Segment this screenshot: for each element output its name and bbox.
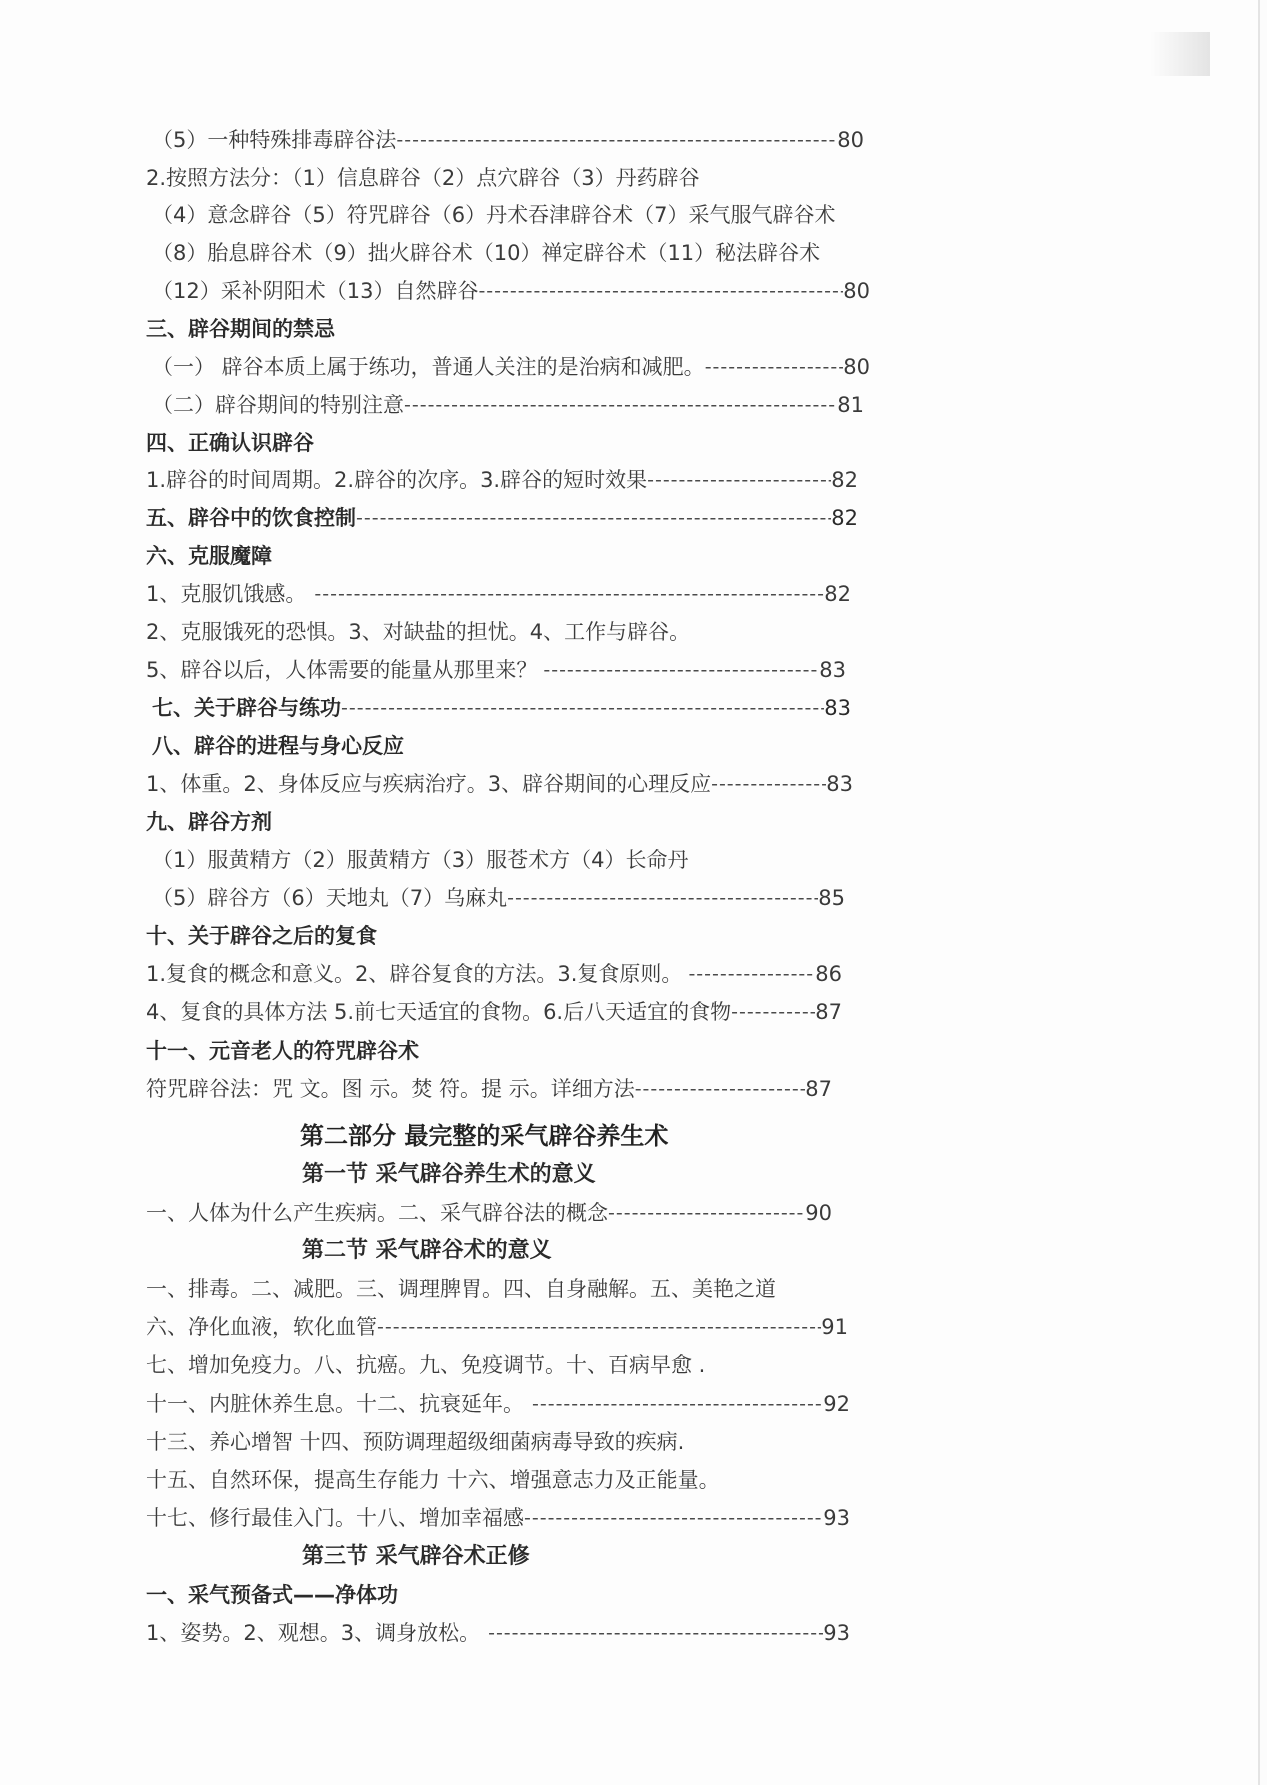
toc-entry: （8）胎息辟谷术（9）拙火辟谷术（10）禅定辟谷术（11）秘法辟谷术 (152, 236, 820, 270)
dot-leader: ----------------------------------------… (377, 1310, 821, 1344)
toc-entry: 十五、自然环保，提高生存能力 十六、增强意志力及正能量。 (146, 1463, 720, 1497)
toc-entry-text: 七、关于辟谷与练功 (152, 691, 341, 725)
toc-entry-text: 1.复食的概念和意义。2、辟谷复食的方法。3.复食原则。 (146, 957, 682, 991)
dot-leader: ----------------------------------------… (705, 350, 844, 384)
toc-entry-text: （8）胎息辟谷术（9）拙火辟谷术（10）禅定辟谷术（11）秘法辟谷术 (152, 236, 820, 270)
toc-entry-text: 2、克服饿死的恐惧。3、对缺盐的担忧。4、工作与辟谷。 (146, 615, 690, 649)
page-number: 80 (843, 274, 870, 308)
page-number: 87 (815, 995, 842, 1029)
toc-entry: 符咒辟谷法：咒 文。图 示。焚 符。提 示。详细方法 -------------… (146, 1072, 832, 1106)
toc-entry-text: 六、克服魔障 (146, 539, 272, 573)
toc-entry-text: 十、关于辟谷之后的复食 (146, 919, 377, 953)
toc-entry-text: （5）辟谷方（6）天地丸（7）乌麻丸 (152, 881, 507, 915)
toc-entry: 十三、养心增智 十四、预防调理超级细菌病毒导致的疾病. (146, 1425, 684, 1459)
dot-leader: ----------------------------------------… (404, 388, 837, 422)
toc-entry-text: 十七、修行最佳入门。十八、增加幸福感 (146, 1501, 524, 1535)
page-number: 83 (826, 767, 853, 801)
toc-entry: 4、复食的具体方法 5.前七天适宜的食物。6.后八天适宜的食物 --------… (146, 995, 842, 1029)
toc-entry: （5）辟谷方（6）天地丸（7）乌麻丸 ---------------------… (152, 881, 845, 915)
toc-entry: （二）辟谷期间的特别注意 ---------------------------… (152, 388, 864, 422)
section-heading: 六、克服魔障 (146, 539, 272, 573)
page-number: 91 (821, 1310, 848, 1344)
toc-entry: 5、辟谷以后，人体需要的能量从那里来？ --------------------… (146, 653, 846, 687)
toc-entry: 十七、修行最佳入门。十八、增加幸福感 ---------------------… (146, 1501, 850, 1535)
page-number: 81 (837, 388, 864, 422)
toc-entry: 1.复食的概念和意义。2、辟谷复食的方法。3.复食原则。 -----------… (146, 957, 842, 991)
chapter-title: 第二节 采气辟谷术的意义 (302, 1234, 552, 1268)
page-number: 82 (831, 463, 858, 497)
toc-entry-text: 十一、内脏休养生息。十二、抗衰延年。 (146, 1387, 524, 1421)
toc-entry: 十一、内脏休养生息。十二、抗衰延年。 ---------------------… (146, 1387, 850, 1421)
toc-entry: （5）一种特殊排毒辟谷法 ---------------------------… (152, 123, 864, 157)
toc-entry-text: 九、辟谷方剂 (146, 805, 272, 839)
page-number: 83 (824, 691, 851, 725)
toc-entry-text: 1、体重。2、身体反应与疾病治疗。3、辟谷期间的心理反应 (146, 767, 711, 801)
page-number: 82 (831, 501, 858, 535)
toc-entry-text: （二）辟谷期间的特别注意 (152, 388, 404, 422)
section-heading: 十、关于辟谷之后的复食 (146, 919, 377, 953)
dot-leader: ----------------------------------------… (532, 1387, 823, 1421)
toc-entry-text: 十五、自然环保，提高生存能力 十六、增强意志力及正能量。 (146, 1463, 720, 1497)
toc-entry: 1.辟谷的时间周期。2.辟谷的次序。3.辟谷的短时效果 ------------… (146, 463, 858, 497)
page-number: 82 (824, 577, 851, 611)
section-heading: 十一、元音老人的符咒辟谷术 (146, 1034, 419, 1068)
toc-entry-text: 一、采气预备式——净体功 (146, 1578, 398, 1612)
toc-entry-text: （1）服黄精方（2）服黄精方（3）服苍术方（4）长命丹 (152, 843, 688, 877)
dot-leader: ----------------------------------------… (356, 501, 831, 535)
toc-entry-text: 四、正确认识辟谷 (146, 426, 314, 460)
section-heading: 五、辟谷中的饮食控制 -----------------------------… (146, 501, 858, 535)
toc-entry-text: 1、克服饥饿感。 (146, 577, 306, 611)
toc-entry-text: （5）一种特殊排毒辟谷法 (152, 123, 396, 157)
toc-entry: （1）服黄精方（2）服黄精方（3）服苍术方（4）长命丹 (152, 843, 688, 877)
toc-entry: 2、克服饿死的恐惧。3、对缺盐的担忧。4、工作与辟谷。 (146, 615, 690, 649)
page-number: 80 (837, 123, 864, 157)
toc-entry: （4）意念辟谷（5）符咒辟谷（6）丹术吞津辟谷术（7）采气服气辟谷术 (152, 198, 835, 232)
page-number: 87 (805, 1072, 832, 1106)
toc-entry: （12）采补阴阳术（13）自然辟谷 ----------------------… (152, 274, 870, 308)
toc-entry-text: （12）采补阴阳术（13）自然辟谷 (152, 274, 478, 308)
section-heading: 八、辟谷的进程与身心反应 (152, 729, 404, 763)
section-heading: 七、关于辟谷与练功 ------------------------------… (152, 691, 851, 725)
toc-entry: 2.按照方法分：（1）信息辟谷（2）点穴辟谷（3）丹药辟谷 (146, 161, 700, 195)
dot-leader: ----------------------------------------… (524, 1501, 823, 1535)
toc-entry-text: 六、净化血液，软化血管 (146, 1310, 377, 1344)
chapter-title: 第一节 采气辟谷养生术的意义 (302, 1158, 596, 1192)
dot-leader: ----------------------------------------… (478, 274, 843, 308)
toc-entry-text: 七、增加免疫力。八、抗癌。九、免疫调节。十、百病早愈 . (146, 1348, 705, 1382)
toc-entry: （一） 辟谷本质上属于练功，普通人关注的是治病和减肥。 ------------… (152, 350, 870, 384)
toc-entry-text: 符咒辟谷法：咒 文。图 示。焚 符。提 示。详细方法 (146, 1072, 635, 1106)
section-heading: 九、辟谷方剂 (146, 805, 272, 839)
toc-entry: 1、体重。2、身体反应与疾病治疗。3、辟谷期间的心理反应 -----------… (146, 767, 853, 801)
dot-leader: ----------------------------------------… (543, 653, 819, 687)
section-heading: 三、辟谷期间的禁忌 (146, 312, 335, 346)
toc-entry-text: 一、人体为什么产生疾病。二、采气辟谷法的概念 (146, 1196, 608, 1230)
toc-entry-text: 一、排毒。二、减肥。三、调理脾胃。四、自身融解。五、美艳之道 (146, 1272, 776, 1306)
dot-leader: ----------------------------------------… (507, 881, 818, 915)
scan-artifact (1150, 32, 1210, 76)
dot-leader: ----------------------------------------… (635, 1072, 806, 1106)
toc-entry: 六、净化血液，软化血管 ----------------------------… (146, 1310, 848, 1344)
page-number: 92 (823, 1387, 850, 1421)
section-heading: 一、采气预备式——净体功 (146, 1578, 398, 1612)
toc-entry-text: 5、辟谷以后，人体需要的能量从那里来？ (146, 653, 537, 687)
dot-leader: ----------------------------------------… (488, 1616, 823, 1650)
dot-leader: ----------------------------------------… (314, 577, 824, 611)
chapter-heading: 第二节 采气辟谷术的意义 (302, 1234, 552, 1268)
page-number: 93 (823, 1616, 850, 1650)
dot-leader: ----------------------------------------… (731, 995, 815, 1029)
page-number: 93 (823, 1501, 850, 1535)
toc-entry-text: 五、辟谷中的饮食控制 (146, 501, 356, 535)
section-heading: 四、正确认识辟谷 (146, 426, 314, 460)
dot-leader: ----------------------------------------… (608, 1196, 805, 1230)
toc-entry: 七、增加免疫力。八、抗癌。九、免疫调节。十、百病早愈 . (146, 1348, 705, 1382)
toc-entry: 1、姿势。2、观想。3、调身放松。 ----------------------… (146, 1616, 850, 1650)
toc-entry-text: 三、辟谷期间的禁忌 (146, 312, 335, 346)
toc-entry-text: 1.辟谷的时间周期。2.辟谷的次序。3.辟谷的短时效果 (146, 463, 647, 497)
page-number: 85 (818, 881, 845, 915)
page-number: 90 (805, 1196, 832, 1230)
chapter-heading: 第三节 采气辟谷术正修 (302, 1540, 530, 1574)
toc-entry: 1、克服饥饿感。 -------------------------------… (146, 577, 851, 611)
toc-entry: 一、排毒。二、减肥。三、调理脾胃。四、自身融解。五、美艳之道 (146, 1272, 776, 1306)
part-heading: 第二部分 最完整的采气辟谷养生术 (300, 1119, 668, 1153)
toc-entry-text: 十三、养心增智 十四、预防调理超级细菌病毒导致的疾病. (146, 1425, 684, 1459)
toc-entry-text: （一） 辟谷本质上属于练功，普通人关注的是治病和减肥。 (152, 350, 705, 384)
chapter-heading: 第一节 采气辟谷养生术的意义 (302, 1158, 596, 1192)
dot-leader: ----------------------------------------… (711, 767, 826, 801)
dot-leader: ----------------------------------------… (396, 123, 837, 157)
page-number: 86 (815, 957, 842, 991)
dot-leader: ----------------------------------------… (688, 957, 815, 991)
toc-entry-text: 八、辟谷的进程与身心反应 (152, 729, 404, 763)
part-title: 第二部分 最完整的采气辟谷养生术 (300, 1119, 668, 1153)
toc-entry-text: 2.按照方法分：（1）信息辟谷（2）点穴辟谷（3）丹药辟谷 (146, 161, 700, 195)
toc-entry-text: 十一、元音老人的符咒辟谷术 (146, 1034, 419, 1068)
toc-entry-text: （4）意念辟谷（5）符咒辟谷（6）丹术吞津辟谷术（7）采气服气辟谷术 (152, 198, 835, 232)
page-number: 83 (819, 653, 846, 687)
toc-entry: 一、人体为什么产生疾病。二、采气辟谷法的概念 -----------------… (146, 1196, 832, 1230)
chapter-title: 第三节 采气辟谷术正修 (302, 1540, 530, 1574)
dot-leader: ----------------------------------------… (647, 463, 831, 497)
dot-leader: ----------------------------------------… (341, 691, 824, 725)
toc-entry-text: 1、姿势。2、观想。3、调身放松。 (146, 1616, 480, 1650)
page-number: 80 (843, 350, 870, 384)
toc-entry-text: 4、复食的具体方法 5.前七天适宜的食物。6.后八天适宜的食物 (146, 995, 731, 1029)
